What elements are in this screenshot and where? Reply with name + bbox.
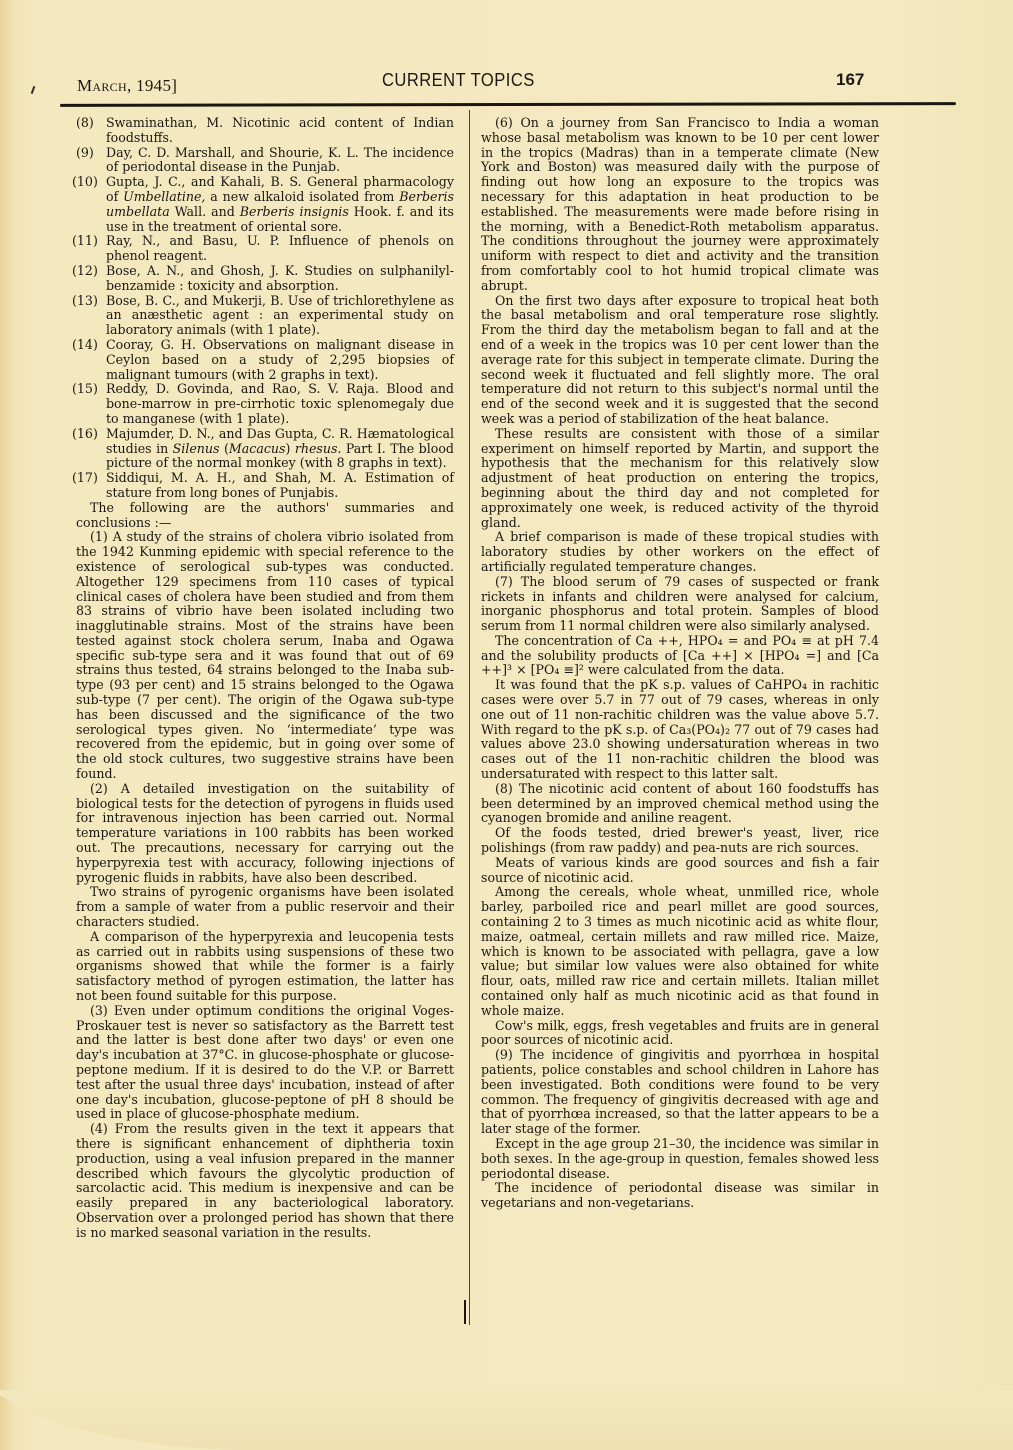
reference-text: ( [220, 441, 229, 456]
summary-paragraph: Of the foods tested, dried brewer's yeas… [481, 826, 879, 856]
reference-number: (9) [76, 146, 106, 161]
reference-item: (8) Swaminathan, M. Nicotinic acid conte… [76, 116, 454, 146]
summary-paragraph: Meats of various kinds are good sources … [481, 856, 879, 886]
reference-number: (17) [72, 471, 102, 486]
reference-number: (8) [76, 116, 106, 131]
summary-paragraph: (2) A detailed investigation on the suit… [76, 782, 454, 886]
reference-text: Cooray, G. H. Observations on malignant … [106, 337, 454, 382]
summary-paragraph: (6) On a journey from San Francisco to I… [481, 116, 879, 294]
reference-number: (16) [72, 427, 102, 442]
reference-text: Day, C. D. Marshall, and Shourie, K. L. … [106, 145, 454, 175]
reference-item: (17) Siddiqui, M. A. H., and Shah, M. A.… [76, 471, 454, 501]
summary-paragraph: Two strains of pyrogenic organisms have … [76, 885, 454, 929]
reference-text: Wall. and [170, 204, 240, 219]
reference-text: Siddiqui, M. A. H., and Shah, M. A. Esti… [106, 470, 454, 500]
summary-paragraph: Among the cereals, whole wheat, unmilled… [481, 885, 879, 1018]
reference-number: (14) [72, 338, 102, 353]
summary-paragraph: The concentration of Ca ++, HPO₄ = and P… [481, 634, 879, 678]
section-title: CURRENT TOPICS [382, 70, 535, 91]
summary-intro: The following are the authors' summaries… [76, 501, 454, 531]
reference-text: Bose, B. C., and Mukerji, B. Use of tric… [106, 293, 454, 338]
summary-paragraph: Except in the age group 21–30, the incid… [481, 1137, 879, 1181]
issue-date: March, 1945] [77, 76, 177, 96]
reference-number: (15) [72, 382, 102, 397]
reference-item: (14) Cooray, G. H. Observations on malig… [76, 338, 454, 382]
reference-text: Bose, A. N., and Ghosh, J. K. Studies on… [106, 263, 454, 293]
journal-page: March, 1945] CURRENT TOPICS 167 (8) Swam… [0, 0, 1013, 1450]
reference-item: (15) Reddy, D. Govinda, and Rao, S. V. R… [76, 382, 454, 426]
reference-item: (13) Bose, B. C., and Mukerji, B. Use of… [76, 294, 454, 338]
reference-text: Ray, N., and Basu, U. P. Influence of ph… [106, 233, 454, 263]
column-divider [469, 110, 470, 1325]
reference-item: (16) Majumder, D. N., and Das Gupta, C. … [76, 427, 454, 471]
ink-mark [31, 86, 36, 94]
running-header: March, 1945] CURRENT TOPICS 167 [60, 68, 960, 98]
reference-italic: Berberis insignis [240, 204, 349, 219]
summary-paragraph: (3) Even under optimum conditions the or… [76, 1004, 454, 1122]
reference-italic: Macacus [229, 441, 286, 456]
summary-paragraph: (1) A study of the strains of cholera vi… [76, 530, 454, 782]
page-curl [0, 1390, 1013, 1450]
summary-paragraph: On the first two days after exposure to … [481, 294, 879, 427]
reference-text: a new alkaloid isolated from [205, 189, 399, 204]
reference-text: Swaminathan, M. Nicotinic acid content o… [106, 115, 454, 145]
margin-mark [464, 1300, 466, 1324]
summary-paragraph: A comparison of the hyperpyrexia and leu… [76, 930, 454, 1004]
left-column: (8) Swaminathan, M. Nicotinic acid conte… [76, 116, 454, 1241]
summary-paragraph: The incidence of periodontal disease was… [481, 1181, 879, 1211]
reference-number: (12) [72, 264, 102, 279]
summary-paragraph: It was found that the pK s.p. values of … [481, 678, 879, 782]
reference-item: (9) Day, C. D. Marshall, and Shourie, K.… [76, 146, 454, 176]
page-number: 167 [836, 70, 864, 90]
reference-italic: Silenus [173, 441, 220, 456]
reference-number: (11) [72, 234, 102, 249]
reference-item: (12) Bose, A. N., and Ghosh, J. K. Studi… [76, 264, 454, 294]
reference-text: ) [285, 441, 294, 456]
summary-paragraph: (7) The blood serum of 79 cases of suspe… [481, 575, 879, 634]
summary-paragraph: Cow's milk, eggs, fresh vegetables and f… [481, 1019, 879, 1049]
reference-text: Reddy, D. Govinda, and Rao, S. V. Raja. … [106, 381, 454, 426]
summary-paragraph: (4) From the results given in the text i… [76, 1122, 454, 1240]
summary-paragraph: A brief comparison is made of these trop… [481, 530, 879, 574]
reference-number: (10) [72, 175, 102, 190]
right-column: (6) On a journey from San Francisco to I… [481, 116, 879, 1211]
summary-paragraph: (9) The incidence of gingivitis and pyor… [481, 1048, 879, 1137]
reference-item: (11) Ray, N., and Basu, U. P. Influence … [76, 234, 454, 264]
reference-item: (10) Gupta, J. C., and Kahali, B. S. Gen… [76, 175, 454, 234]
header-rule [60, 102, 956, 107]
reference-number: (13) [72, 294, 102, 309]
summary-paragraph: These results are consistent with those … [481, 427, 879, 531]
reference-italic: rhesus. [295, 441, 342, 456]
summary-paragraph: (8) The nicotinic acid content of about … [481, 782, 879, 826]
reference-italic: Umbellatine, [123, 189, 205, 204]
